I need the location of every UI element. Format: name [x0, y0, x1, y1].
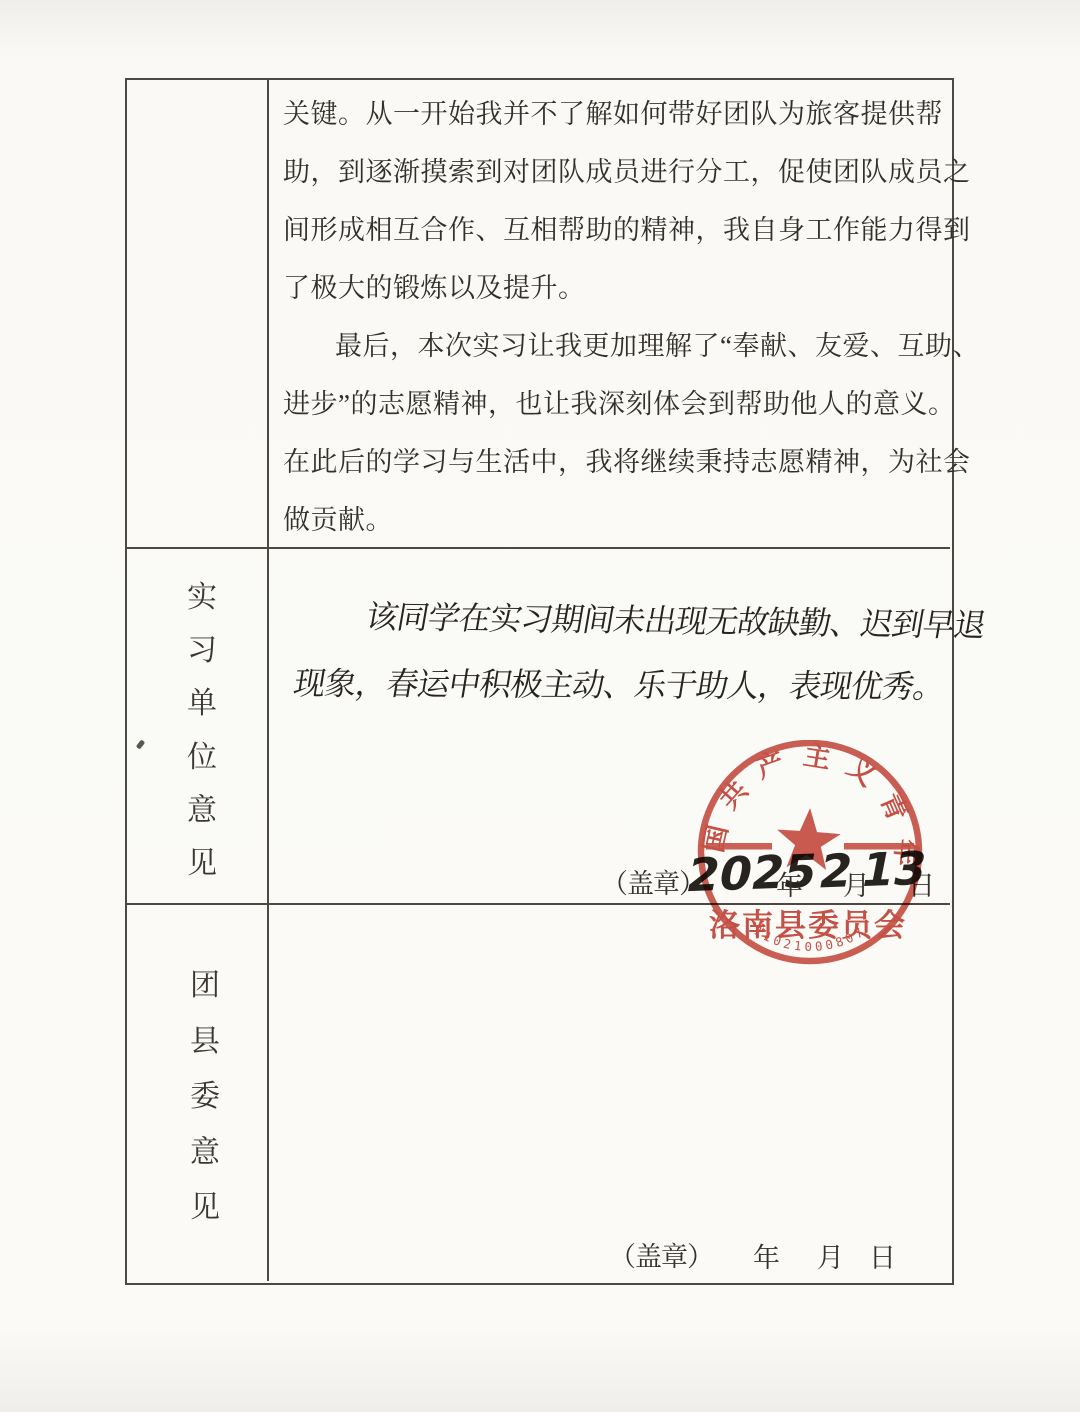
- label-char: 县: [190, 1016, 220, 1060]
- label-char: 见: [190, 1182, 220, 1226]
- stamp-left-bar: [706, 843, 772, 850]
- label-char: 位: [187, 732, 217, 776]
- stamp-org-text: 洛南县委员会: [709, 908, 907, 943]
- official-seal-stamp: 中国共产主义青年团 洛南县委员会 6110210008074: [686, 740, 938, 974]
- stamp-ring-text: 中国共产主义青年团: [686, 740, 938, 885]
- stamp-right-bar: [844, 843, 914, 850]
- scanned-form-page: 关键。从一开始我并不了解如何带好团队为旅客提供帮 助，到逐渐摸索到对团队成员进行…: [0, 0, 1080, 1412]
- text-line: 做贡献。: [283, 498, 961, 556]
- section-label-internship-unit-opinion: 实 习 单 位 意 见: [184, 572, 220, 882]
- year-label-league: 年: [753, 1236, 780, 1275]
- handwritten-comment-line-2: 现象，春运中积极主动、乐于助人，表现优秀。: [291, 658, 949, 707]
- label-char: 意: [190, 1127, 220, 1171]
- text-line: 助，到逐渐摸索到对团队成员进行分工，促使团队成员之: [283, 150, 961, 208]
- label-char: 见: [187, 838, 217, 882]
- text-line: 关键。从一开始我并不了解如何带好团队为旅客提供帮: [283, 92, 961, 150]
- text-line: 了极大的锻炼以及提升。: [283, 266, 961, 324]
- text-line: 间形成相互合作、互相帮助的精神，我自身工作能力得到: [283, 208, 961, 266]
- section-label-county-league-opinion: 团 县 委 意 见: [187, 960, 223, 1226]
- handwritten-comment-line-1: 该同学在实习期间未出现无故缺勤、迟到早退: [363, 592, 990, 647]
- day-label-league: 日: [869, 1236, 896, 1275]
- label-char: 习: [187, 625, 217, 669]
- label-char: 实: [187, 572, 217, 616]
- seal-hint-league: （盖章）: [609, 1235, 713, 1274]
- month-label-league: 月: [817, 1236, 844, 1275]
- label-char: 单: [187, 678, 217, 722]
- star-icon: [775, 806, 843, 871]
- form-column-divider: [267, 78, 269, 1281]
- label-char: 委: [190, 1071, 220, 1115]
- label-char: 意: [187, 785, 217, 829]
- label-char: 团: [190, 960, 220, 1004]
- text-line: 在此后的学习与生活中，我将继续秉持志愿精神，为社会: [283, 440, 961, 498]
- text-line: 最后，本次实习让我更加理解了“奉献、友爱、互助、: [283, 324, 1013, 382]
- text-line: 进步”的志愿精神，也让我深刻体会到帮助他人的意义。: [283, 382, 961, 440]
